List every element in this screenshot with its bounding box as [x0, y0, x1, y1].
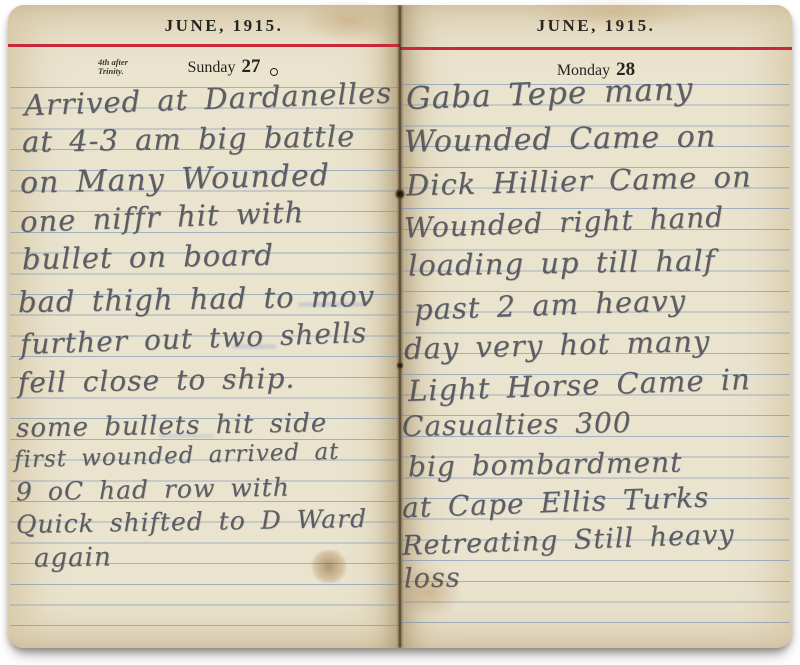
handwritten-line: Casualties 300 [402, 409, 632, 441]
handwritten-line: loss [404, 565, 461, 593]
handwritten-line: 9 oC had row with [16, 475, 290, 505]
handwritten-line: some bullets hit side [16, 410, 328, 441]
handwritten-line: on Many Wounded [20, 161, 331, 199]
handwritten-line: Dick Hillier Came on [406, 162, 752, 200]
handwritten-line: big bombardment [408, 449, 683, 482]
handwritten-line: Wounded Came on [404, 122, 717, 157]
day-number: 27 [242, 56, 261, 77]
diary-page-sunday-27: JUNE, 1915. 4th after Trinity. Sunday27 … [8, 5, 400, 648]
full-moon-icon [270, 68, 278, 76]
binding-staple-top [395, 188, 405, 200]
handwritten-line: bullet on board [22, 241, 274, 274]
red-header-rule [8, 44, 400, 47]
binding-staple-bottom [397, 361, 404, 370]
red-header-rule [400, 47, 792, 50]
handwritten-line: loading up till half [408, 246, 716, 280]
handwritten-line: at 4-3 am big battle [22, 122, 356, 157]
handwritten-line: bad thigh had to mov [18, 282, 376, 317]
diary-page-monday-28: JUNE, 1915. Monday28 Gaba Tepe many Woun… [400, 5, 792, 648]
binding-gutter [397, 5, 404, 648]
handwritten-line: fell close to ship. [18, 365, 296, 398]
day-name: Sunday [188, 59, 236, 76]
handwritten-line: day very hot many [404, 327, 711, 364]
day-header: Sunday27 [48, 56, 400, 78]
handwritten-line: again [34, 544, 112, 571]
month-header: JUNE, 1915. [400, 16, 792, 36]
handwritten-line: Quick shifted to D Ward [16, 506, 367, 537]
month-header: JUNE, 1915. [48, 16, 400, 36]
diary-book: JUNE, 1915. 4th after Trinity. Sunday27 … [8, 5, 792, 648]
